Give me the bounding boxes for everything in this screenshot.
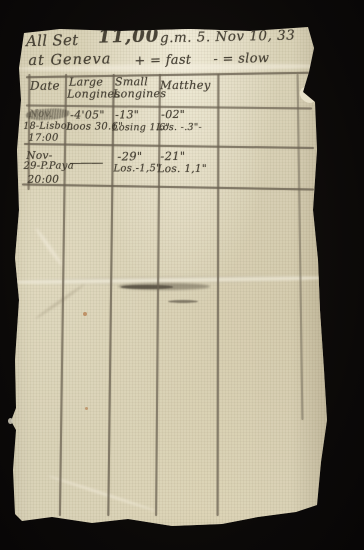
cell-r1-small-line1: -29": [117, 149, 142, 163]
col-header-matthey: Matthey: [160, 78, 211, 92]
col-header-date: Date: [30, 79, 60, 93]
cell-r1-date-line2: 29-P.Paya: [23, 161, 74, 172]
photo-stage: All Set 11,00 g.m. 5. Nov 10, 33 at Gene…: [0, 0, 364, 550]
cell-r0-large-line1: -4'05": [70, 108, 105, 121]
cell-r0-small-line1: -13": [115, 108, 139, 121]
cell-r1-matthey-line1: -21": [160, 149, 185, 163]
cell-r0-matthey-line1: -02": [161, 108, 185, 121]
cell-r1-date-line3: 20:00: [27, 174, 59, 186]
cloth-note: All Set 11,00 g.m. 5. Nov 10, 33 at Gene…: [0, 0, 364, 550]
note-table: Date Large Longines Small Longines Matth…: [0, 0, 364, 550]
cell-r1-matthey-line2: Los. 1,1": [157, 163, 207, 175]
cell-r1-large-dash: ———: [69, 155, 102, 169]
pin-dot: [8, 418, 13, 424]
cell-r0-date-line3: 17:00: [28, 133, 58, 144]
cell-r0-matthey-line2: Los. -.3"-: [156, 122, 202, 133]
cell-r1-small-line2: Los.-1,5": [113, 163, 161, 174]
col-header-small-line2: Longines: [113, 87, 166, 100]
